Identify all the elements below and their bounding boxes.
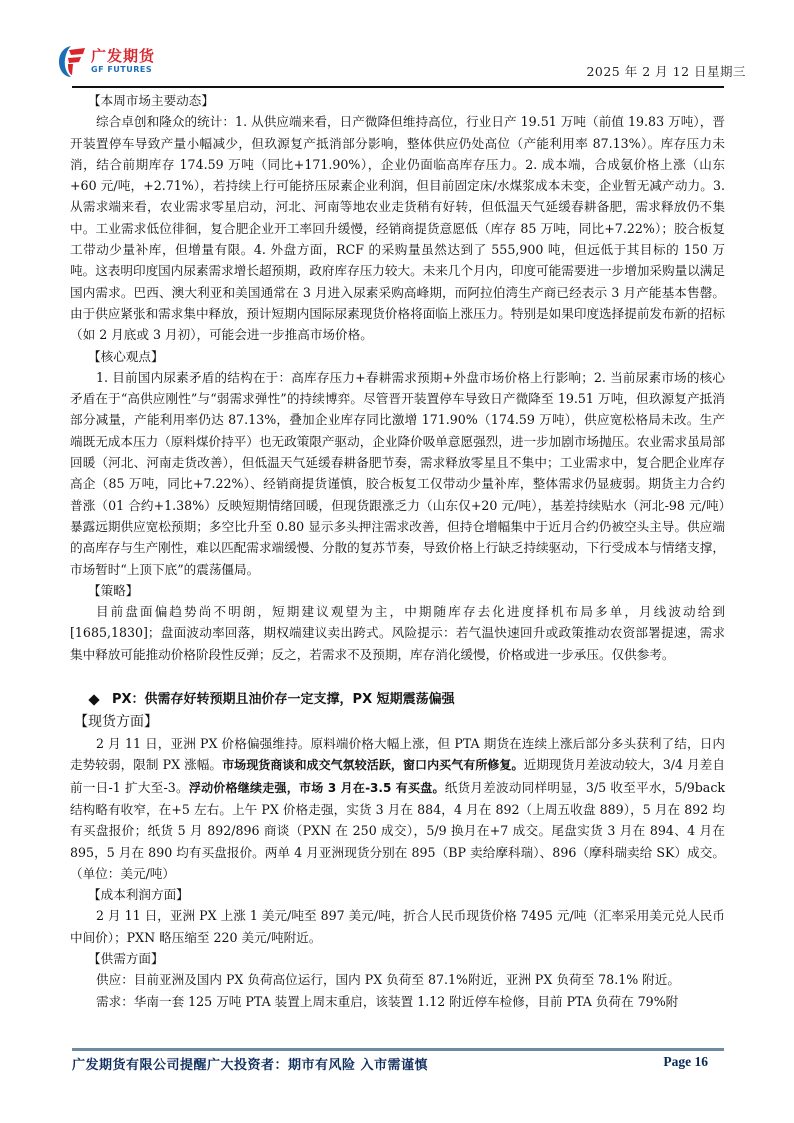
px-demand-text: 需求：华南一套 125 万吨 PTA 装置上周末重启，该装置 1.12 附近停车… [70,991,725,1012]
urea-weekly-label: 【本周市场主要动态】 [70,90,725,111]
logo-english-name: GF FUTURES [91,65,155,75]
px-supply-text: 供应：目前亚洲及国内 PX 负荷高位运行，国内 PX 负荷至 87.1%附近，亚… [70,969,725,990]
footer-disclaimer: 广发期货有限公司提醒广大投资者：期市有风险 入市需谨慎 [72,1054,428,1073]
logo-chinese-name: 广发期货 [91,48,155,65]
header-divider [72,86,724,88]
px-spot-text-bold-2: 浮动价格继续走强，市场 3 月在-3.5 有买盘。 [189,781,445,795]
px-cost-text: 2 月 11 日，亚洲 PX 上涨 1 美元/吨至 897 美元/吨，折合人民币… [70,905,725,948]
diamond-bullet-icon [88,694,99,705]
px-spot-text-bold-1: 市场现货商谈和成交气氛较活跃，窗口内买气有所修复。 [222,758,523,772]
px-section-title: PX：供需存好转预期且油价存一定支撑，PX 短期震荡偏强 [112,689,455,711]
page-header: 广发期货 GF FUTURES 2025 年 2 月 12 日星期三 [57,44,740,90]
urea-core-text: 1. 目前国内尿素矛盾的结构在于：高库存压力+春耕需求预期+外盘市场价格上行影响… [70,367,725,580]
px-section-heading: PX：供需存好转预期且油价存一定支撑，PX 短期震荡偏强 [70,689,725,711]
px-spot-label: 【现货方面】 [70,711,725,733]
page-number: Page 16 [663,1054,708,1070]
urea-strategy-text: 目前盘面偏趋势尚不明朗，短期建议观望为主，中期随库存去化进度择机布局多单，月线波… [70,601,725,665]
px-cost-label: 【成本利润方面】 [70,884,725,905]
px-supply-demand-label: 【供需方面】 [70,948,725,969]
report-body: 【本周市场主要动态】 综合卓创和隆众的统计：1. 从供应端来看，日产微降但维持高… [70,90,725,1012]
report-date: 2025 年 2 月 12 日星期三 [586,62,746,80]
footer-divider [72,1048,724,1051]
urea-core-label: 【核心观点】 [70,346,725,367]
urea-strategy-label: 【策略】 [70,580,725,601]
logo-mark-icon [57,44,87,78]
gf-futures-logo: 广发期货 GF FUTURES [57,44,155,78]
px-spot-text: 2 月 11 日，亚洲 PX 价格偏强维持。原料端价格大幅上涨，但 PTA 期货… [70,733,725,884]
urea-weekly-text: 综合卓创和隆众的统计：1. 从供应端来看，日产微降但维持高位，行业日产 19.5… [70,111,725,345]
